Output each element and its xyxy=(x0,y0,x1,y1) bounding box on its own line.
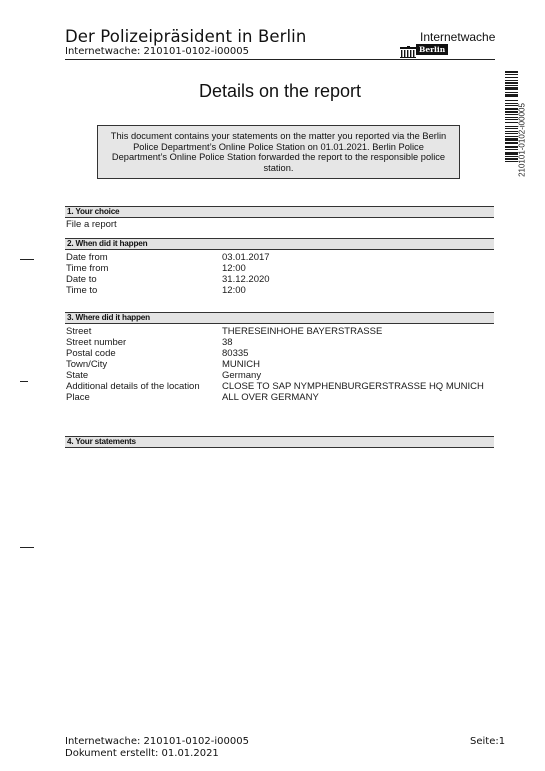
detail-row: Time to12:00 xyxy=(65,285,494,296)
detail-row: PlaceALL OVER GERMANY xyxy=(65,392,494,403)
detail-value: 38 xyxy=(222,337,494,348)
brandenburg-gate-icon xyxy=(400,46,416,58)
where-rows: StreetTHERESEINHOHE BAYERSTRASSEStreet n… xyxy=(65,324,494,403)
notice-box: This document contains your statements o… xyxy=(97,125,460,179)
authority-title: Der Polizeipräsident in Berlin xyxy=(65,27,306,46)
section-when: 2. When did it happen Date from03.01.201… xyxy=(65,238,494,296)
detail-label: Postal code xyxy=(66,348,222,359)
detail-value: 12:00 xyxy=(222,285,494,296)
detail-value: 12:00 xyxy=(222,263,494,274)
section-heading: 3. Where did it happen xyxy=(65,312,494,324)
case-reference: Internetwache: 210101-0102-i00005 xyxy=(65,46,249,57)
footer-created-date: Dokument erstellt: 01.01.2021 xyxy=(65,748,249,760)
detail-label: Time from xyxy=(66,263,222,274)
detail-value: 03.01.2017 xyxy=(222,252,494,263)
detail-row: Time from12:00 xyxy=(65,263,494,274)
fold-mark xyxy=(20,259,34,260)
barcode-number: 210101-0102-i00005 xyxy=(518,103,527,177)
detail-label: Town/City xyxy=(66,359,222,370)
detail-value: ALL OVER GERMANY xyxy=(222,392,494,403)
detail-label: Street xyxy=(66,326,222,337)
choice-value: File a report xyxy=(65,218,494,230)
detail-row: Town/CityMUNICH xyxy=(65,359,494,370)
detail-value: THERESEINHOHE BAYERSTRASSE xyxy=(222,326,494,337)
section-heading: 4. Your statements xyxy=(65,436,494,448)
when-rows: Date from03.01.2017Time from12:00Date to… xyxy=(65,250,494,296)
page-number: Seite:1 xyxy=(470,736,505,747)
section-statements: 4. Your statements xyxy=(65,436,494,448)
header-divider xyxy=(65,59,495,60)
detail-label: Date from xyxy=(66,252,222,263)
detail-value: Germany xyxy=(222,370,494,381)
detail-row: StateGermany xyxy=(65,370,494,381)
detail-row: StreetTHERESEINHOHE BAYERSTRASSE xyxy=(65,326,494,337)
detail-label: Street number xyxy=(66,337,222,348)
section-your-choice: 1. Your choice File a report xyxy=(65,206,494,230)
logo-text: Internetwache xyxy=(420,30,495,44)
detail-label: State xyxy=(66,370,222,381)
detail-row: Street number38 xyxy=(65,337,494,348)
section-heading: 1. Your choice xyxy=(65,206,494,218)
detail-value: MUNICH xyxy=(222,359,494,370)
punch-mark xyxy=(20,381,28,382)
document-title: Details on the report xyxy=(0,81,545,102)
detail-value: CLOSE TO SAP NYMPHENBURGERSTRASSE HQ MUN… xyxy=(222,381,494,392)
choice-text: File a report xyxy=(66,219,494,230)
logo-berlin-badge: Berlin xyxy=(416,44,448,55)
detail-value: 80335 xyxy=(222,348,494,359)
detail-row: Date from03.01.2017 xyxy=(65,252,494,263)
section-heading: 2. When did it happen xyxy=(65,238,494,250)
detail-label: Additional details of the location xyxy=(66,381,222,392)
fold-mark xyxy=(20,547,34,548)
detail-row: Additional details of the locationCLOSE … xyxy=(65,381,494,392)
footer: Internetwache: 210101-0102-i00005 Dokume… xyxy=(65,736,249,760)
detail-label: Date to xyxy=(66,274,222,285)
detail-row: Postal code80335 xyxy=(65,348,494,359)
detail-row: Date to31.12.2020 xyxy=(65,274,494,285)
footer-reference: Internetwache: 210101-0102-i00005 xyxy=(65,736,249,748)
section-where: 3. Where did it happen StreetTHERESEINHO… xyxy=(65,312,494,403)
detail-label: Time to xyxy=(66,285,222,296)
detail-label: Place xyxy=(66,392,222,403)
detail-value: 31.12.2020 xyxy=(222,274,494,285)
